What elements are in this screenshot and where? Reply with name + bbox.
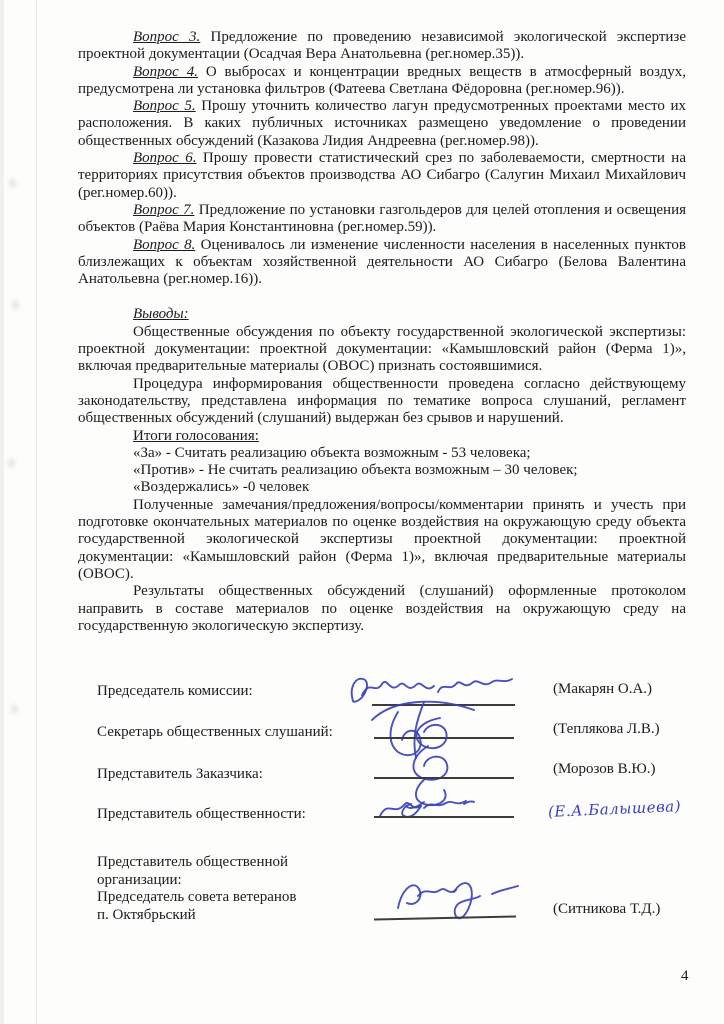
document-page: Вопрос 3. Предложение по проведению неза… xyxy=(0,0,724,1024)
signature-role-secretary: Секретарь общественных слушаний: xyxy=(97,724,333,742)
conclusions-heading: Выводы: xyxy=(133,306,189,322)
vote-line-abstained: «Воздержались» -0 человек xyxy=(78,479,686,496)
signature-line-public-representative xyxy=(374,816,514,818)
signature-role-public-organization: Представитель общественной организации: … xyxy=(97,854,347,924)
question-4-label: Вопрос 4. xyxy=(133,64,198,80)
question-3-paragraph: Вопрос 3. Предложение по проведению неза… xyxy=(78,29,686,64)
question-6-paragraph: Вопрос 6. Прошу провести статистический … xyxy=(78,150,686,202)
question-8-label: Вопрос 8. xyxy=(133,237,195,253)
signature-name-secretary: (Теплякова Л.В.) xyxy=(553,721,660,738)
voting-heading-line: Итоги голосования: xyxy=(78,428,686,445)
signature-line-customer-representative xyxy=(374,777,514,779)
handwritten-name-public-representative: (Е.А.Балышева) xyxy=(548,797,682,821)
scan-smudge xyxy=(12,300,19,310)
signature-role-line-3: Председатель совета ветеранов xyxy=(97,889,347,907)
scan-edge-shadow xyxy=(0,0,4,1024)
signature-role-customer-representative: Представитель Заказчика: xyxy=(97,766,263,784)
signature-role-line-4: п. Октябрьский xyxy=(97,907,347,925)
question-7-label: Вопрос 7. xyxy=(133,202,194,218)
question-7-paragraph: Вопрос 7. Предложение по установки газго… xyxy=(78,202,686,237)
conclusions-paragraph-4: Результаты общественных обсуждений (слуш… xyxy=(78,583,686,635)
signature-role-line-1: Представитель общественной xyxy=(97,854,347,872)
vote-line-against: «Против» - Не считать реализацию объекта… xyxy=(78,462,686,479)
conclusions-paragraph-1: Общественные обсуждения по объекту госуд… xyxy=(78,324,686,376)
signature-name-chairman: (Макарян О.А.) xyxy=(553,681,652,698)
question-8-paragraph: Вопрос 8. Оценивалось ли изменение числе… xyxy=(78,237,686,289)
voting-results-heading: Итоги голосования: xyxy=(133,428,259,444)
signature-name-customer-representative: (Морозов В.Ю.) xyxy=(553,761,656,778)
signature-name-public-organization: (Ситникова Т.Д.) xyxy=(553,901,660,918)
question-5-paragraph: Вопрос 5. Прошу уточнить количество лагу… xyxy=(78,98,686,150)
conclusions-paragraph-2: Процедура информирования общественности … xyxy=(78,376,686,428)
scan-smudge xyxy=(11,704,18,714)
document-body: Вопрос 3. Предложение по проведению неза… xyxy=(78,29,686,635)
conclusions-paragraph-3: Полученные замечания/предложения/вопросы… xyxy=(78,497,686,583)
vote-line-for: «За» - Считать реализацию объекта возмож… xyxy=(78,445,686,462)
signature-role-public-representative: Представитель общественности: xyxy=(97,806,306,824)
scan-smudge xyxy=(9,178,16,188)
page-number: 4 xyxy=(681,968,689,985)
conclusions-heading-line: Выводы: xyxy=(78,306,686,323)
signature-role-line-2: организации: xyxy=(97,872,347,890)
question-6-label: Вопрос 6. xyxy=(133,150,196,166)
question-3-label: Вопрос 3. xyxy=(133,29,200,45)
question-4-paragraph: Вопрос 4. О выбросах и концентрации вред… xyxy=(78,64,686,99)
question-5-label: Вопрос 5. xyxy=(133,98,196,114)
scan-smudge xyxy=(8,458,15,468)
handwritten-signature-public-representative xyxy=(376,792,478,824)
signature-role-chairman: Председатель комиссии: xyxy=(97,683,253,701)
scan-fold-line xyxy=(36,0,37,1024)
